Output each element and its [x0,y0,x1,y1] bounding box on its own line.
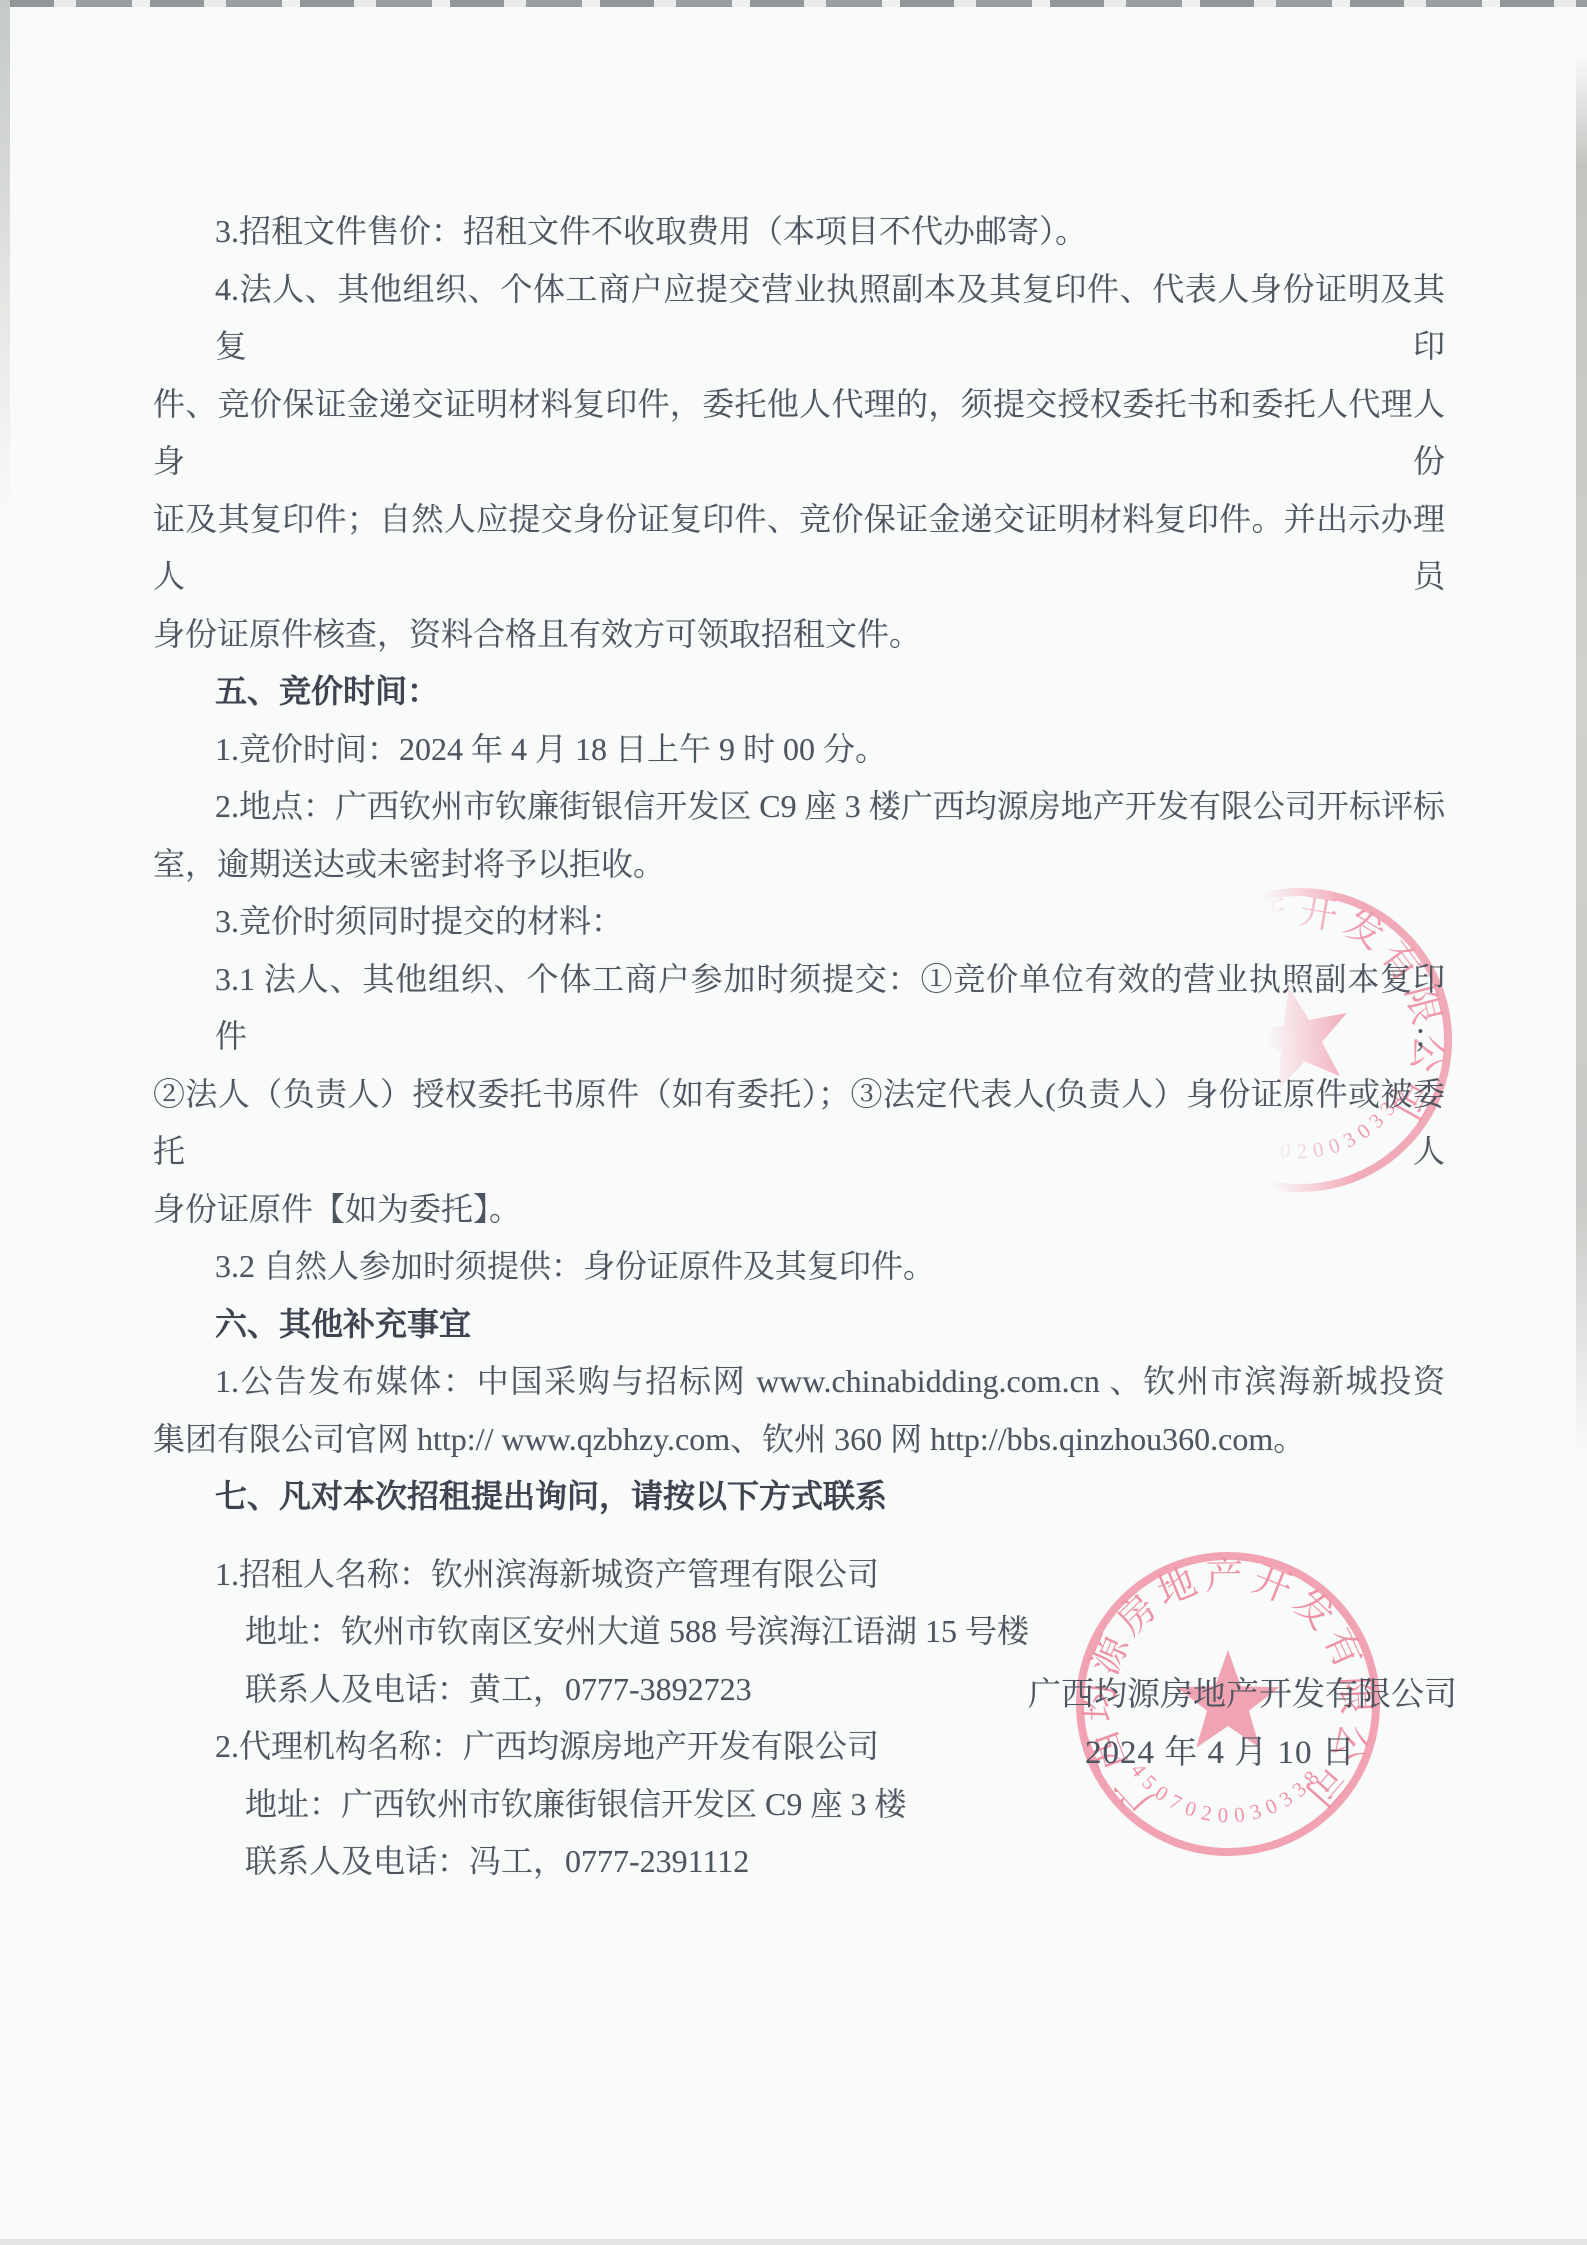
section-heading-line: 七、凡对本次招租提出询问，请按以下方式联系 [153,1468,1445,1526]
text-line: 证及其复印件；自然人应提交身份证复印件、竞价保证金递交证明材料复印件。并出示办理… [153,491,1445,606]
scan-edge-left [0,0,10,520]
text-line: 地址：钦州市钦南区安州大道 588 号滨海江语湖 15 号楼 [153,1603,1445,1661]
text-line: 地址：广西钦州市钦廉街银信开发区 C9 座 3 楼 [153,1776,1445,1834]
text-line: ②法人（负责人）授权委托书原件（如有委托）；③法定代表人(负责人）身份证原件或被… [153,1066,1445,1181]
scan-edge-right [1576,55,1587,1455]
document-body: 3.招租文件售价：招租文件不收取费用（本项目不代办邮寄）。4.法人、其他组织、个… [153,203,1445,1891]
text-line: 件、竞价保证金递交证明材料复印件，委托他人代理的，须提交授权委托书和委托人代理人… [153,376,1445,491]
text-line: 身份证原件核查，资料合格且有效方可领取招租文件。 [153,606,1445,664]
text-line: 2.地点：广西钦州市钦廉街银信开发区 C9 座 3 楼广西均源房地产开发有限公司… [153,778,1445,836]
section-heading-line: 六、其他补充事宜 [153,1296,1445,1354]
text-line: 1.竞价时间：2024 年 4 月 18 日上午 9 时 00 分。 [153,721,1445,779]
text-line: 联系人及电话：冯工，0777-2391112 [153,1833,1445,1891]
text-line: 1.公告发布媒体：中国采购与招标网 www.chinabidding.com.c… [153,1353,1445,1411]
text-line: 3.竞价时须同时提交的材料： [153,893,1445,951]
text-line: 室，逾期送达或未密封将予以拒收。 [153,836,1445,894]
text-line: 1.招租人名称：钦州滨海新城资产管理有限公司 [153,1546,1445,1604]
scan-edge-bottom [0,2239,1587,2245]
text-line: 3.1 法人、其他组织、个体工商户参加时须提交：①竞价单位有效的营业执照副本复印… [153,951,1445,1066]
signature-block: 广西均源房地产开发有限公司 2024 年 4 月 10 日 [1028,1666,1488,1782]
scan-edge-top [0,0,1587,7]
text-line: 集团有限公司官网 http:// www.qzbhzy.com、钦州 360 网… [153,1411,1445,1469]
text-line: 4.法人、其他组织、个体工商户应提交营业执照副本及其复印件、代表人身份证明及其复… [153,261,1445,376]
section-heading-line: 五、竞价时间： [153,663,1445,721]
text-line: 3.招租文件售价：招租文件不收取费用（本项目不代办邮寄）。 [153,203,1445,261]
text-line: 3.2 自然人参加时须提供：身份证原件及其复印件。 [153,1238,1445,1296]
signature-company: 广西均源房地产开发有限公司 [1028,1666,1488,1724]
text-line: 身份证原件【如为委托】。 [153,1181,1445,1239]
signature-date: 2024 年 4 月 10 日 [1028,1724,1488,1782]
